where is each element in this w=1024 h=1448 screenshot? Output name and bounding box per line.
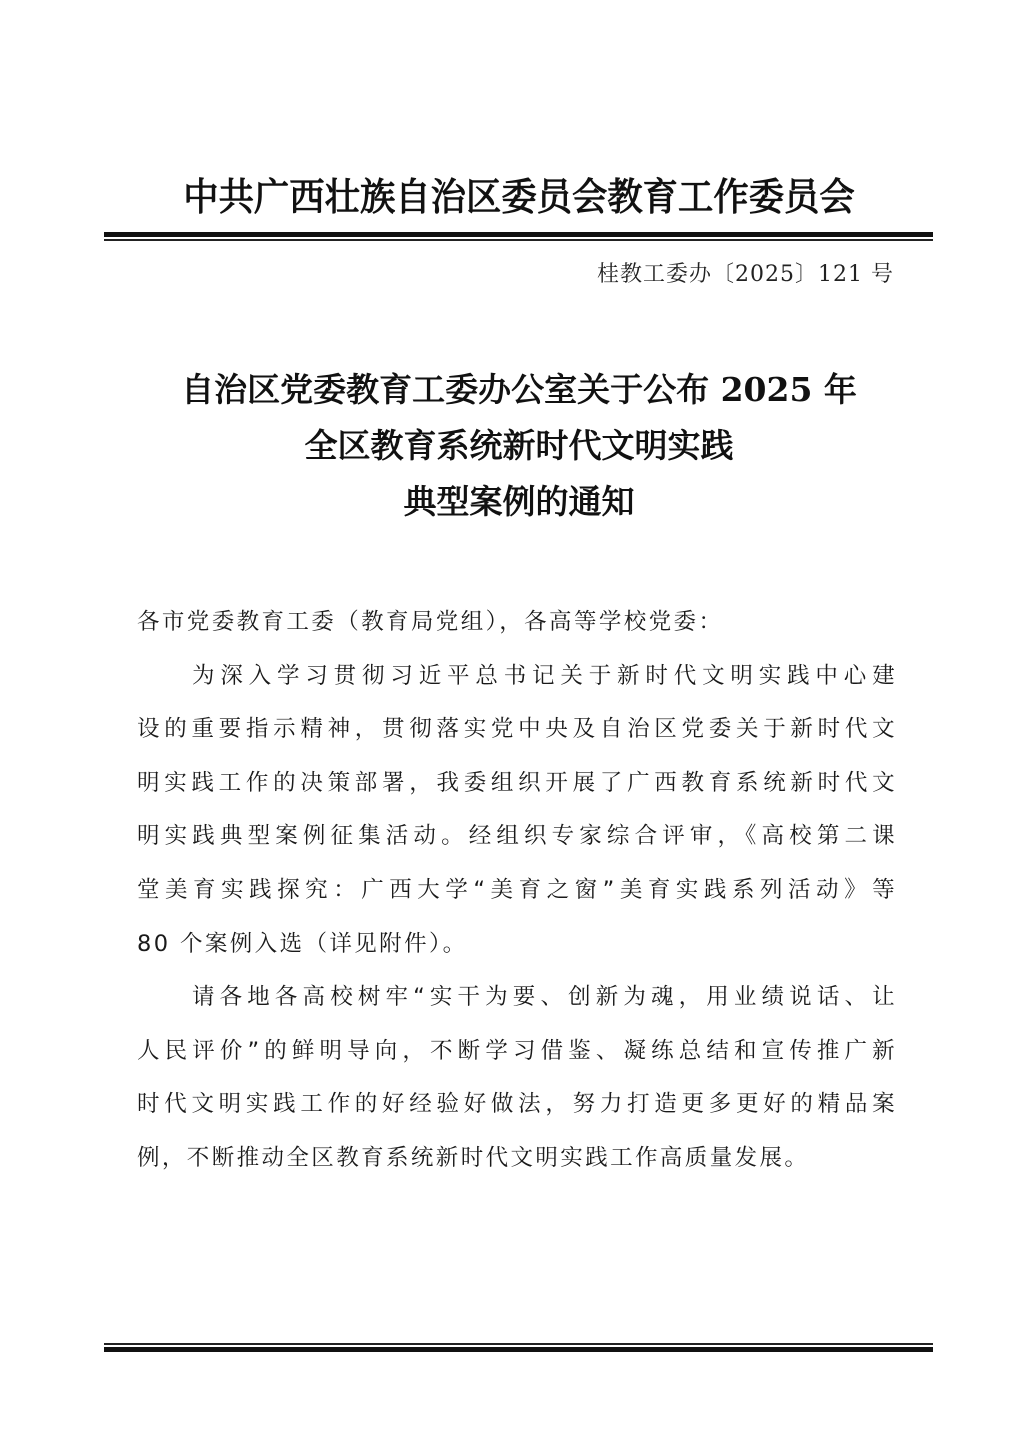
title-line-2: 全区教育系统新时代文明实践: [104, 418, 934, 474]
paragraph-line: 80 个案例入选（详见附件）。: [137, 918, 897, 972]
issuing-organization-header: 中共广西壮族自治区委员会教育工作委员会: [133, 170, 905, 224]
paragraph-line: 请各地各高校树牢“实干为要、创新为魂，用业绩说话、让: [137, 971, 897, 1025]
paragraph-1: 为深入学习贯彻习近平总书记关于新时代文明实践中心建 设的重要指示精神，贯彻落实党…: [137, 650, 897, 972]
paragraph-line: 堂美育实践探究：广西大学“美育之窗”美育实践系列活动》等: [137, 864, 897, 918]
document-body: 各市党委教育工委（教育局党组），各高等学校党委： 为深入学习贯彻习近平总书记关于…: [137, 596, 897, 1186]
paragraph-line: 明实践工作的决策部署，我委组织开展了广西教育系统新时代文: [137, 757, 897, 811]
document-number: 桂教工委办〔2025〕121 号: [597, 255, 894, 295]
document-page: 中共广西壮族自治区委员会教育工作委员会 桂教工委办〔2025〕121 号 自治区…: [0, 0, 1024, 1448]
title-line-3: 典型案例的通知: [104, 474, 934, 530]
thick-rule-line: [104, 1347, 933, 1352]
paragraph-line: 设的重要指示精神，贯彻落实党中央及自治区党委关于新时代文: [137, 703, 897, 757]
paragraph-line: 人民评价”的鲜明导向，不断学习借鉴、凝练总结和宣传推广新: [137, 1025, 897, 1079]
paragraph-line: 明实践典型案例征集活动。经组织专家综合评审，《高校第二课: [137, 810, 897, 864]
paragraph-line: 为深入学习贯彻习近平总书记关于新时代文明实践中心建: [137, 650, 897, 704]
footer-divider-rule: [104, 1343, 933, 1352]
paragraph-2: 请各地各高校树牢“实干为要、创新为魂，用业绩说话、让 人民评价”的鲜明导向，不断…: [137, 971, 897, 1185]
paragraph-line: 时代文明实践工作的好经验好做法，努力打造更多更好的精品案: [137, 1078, 897, 1132]
document-title: 自治区党委教育工委办公室关于公布 2025 年 全区教育系统新时代文明实践 典型…: [104, 362, 934, 530]
title-line-1: 自治区党委教育工委办公室关于公布 2025 年: [104, 362, 934, 418]
thin-rule-line: [104, 239, 933, 241]
header-divider-rule: [104, 232, 933, 241]
salutation: 各市党委教育工委（教育局党组），各高等学校党委：: [137, 596, 897, 650]
paragraph-line: 例，不断推动全区教育系统新时代文明实践工作高质量发展。: [137, 1132, 897, 1186]
